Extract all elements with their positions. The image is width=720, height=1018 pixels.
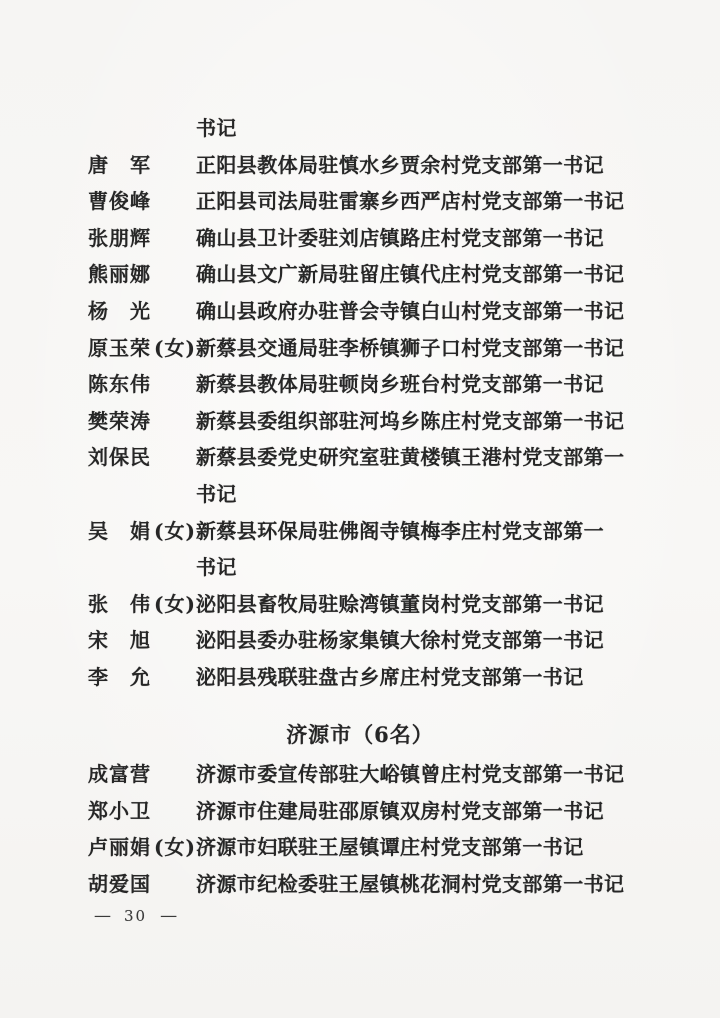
name-column: 陈东伟 [88, 366, 196, 403]
gender-suffix: (女) [154, 330, 196, 367]
page-footer: — 30 — [94, 906, 177, 926]
name-column: 成富营 [88, 756, 196, 793]
roster-row: 曹俊峰 正阳县司法局驻雷寨乡西严店村党支部第一书记 [88, 183, 632, 220]
position-title: 正阳县教体局驻慎水乡贾余村党支部第一书记 [196, 147, 632, 184]
person-name: 张 伟 [88, 586, 154, 623]
document-body: 书记 唐 军 正阳县教体局驻慎水乡贾余村党支部第一书记 曹俊峰 正阳县司法局驻雷… [88, 110, 632, 926]
roster-row: 卢丽娟 (女) 济源市妇联驻王屋镇谭庄村党支部第一书记 [88, 829, 632, 866]
name-column: 宋 旭 [88, 622, 196, 659]
roster-row: 原玉荣 (女) 新蔡县交通局驻李桥镇狮子口村党支部第一书记 [88, 330, 632, 367]
position-title: 济源市委宣传部驻大峪镇曾庄村党支部第一书记 [196, 756, 632, 793]
name-column: 樊荣涛 [88, 403, 196, 440]
person-name: 郑小卫 [88, 793, 154, 830]
position-title: 新蔡县委党史研究室驻黄楼镇王港村党支部第一 书记 [196, 439, 632, 512]
gender-suffix: (女) [154, 513, 196, 550]
name-column: 胡爱国 [88, 866, 196, 903]
person-name: 曹俊峰 [88, 183, 154, 220]
roster-row: 吴 娟 (女) 新蔡县环保局驻佛阁寺镇梅李庄村党支部第一 书记 [88, 513, 632, 586]
person-name: 胡爱国 [88, 866, 154, 903]
position-title: 济源市住建局驻邵原镇双房村党支部第一书记 [196, 793, 632, 830]
person-name: 卢丽娟 [88, 829, 154, 866]
person-name: 成富营 [88, 756, 154, 793]
person-name: 陈东伟 [88, 366, 154, 403]
position-title: 新蔡县环保局驻佛阁寺镇梅李庄村党支部第一 书记 [196, 513, 632, 586]
position-title: 新蔡县委组织部驻河坞乡陈庄村党支部第一书记 [196, 403, 632, 440]
name-column: 吴 娟 (女) [88, 513, 196, 550]
position-title: 济源市妇联驻王屋镇谭庄村党支部第一书记 [196, 829, 632, 866]
roster-row: 樊荣涛 新蔡县委组织部驻河坞乡陈庄村党支部第一书记 [88, 403, 632, 440]
gender-suffix: (女) [154, 586, 196, 623]
roster-row: 刘保民 新蔡县委党史研究室驻黄楼镇王港村党支部第一 书记 [88, 439, 632, 512]
section-header: 济源市（6名） [88, 717, 632, 754]
footer-dash-left: — [94, 906, 111, 926]
name-column: 刘保民 [88, 439, 196, 476]
position-title: 新蔡县交通局驻李桥镇狮子口村党支部第一书记 [196, 330, 632, 367]
roster-row: 张朋辉 确山县卫计委驻刘店镇路庄村党支部第一书记 [88, 220, 632, 257]
name-column: 李 允 [88, 659, 196, 696]
person-name: 樊荣涛 [88, 403, 154, 440]
person-name: 唐 军 [88, 147, 154, 184]
name-column: 郑小卫 [88, 793, 196, 830]
position-title: 济源市纪检委驻王屋镇桃花洞村党支部第一书记 [196, 866, 632, 903]
name-column: 原玉荣 (女) [88, 330, 196, 367]
roster-sections: 唐 军 正阳县教体局驻慎水乡贾余村党支部第一书记 曹俊峰 正阳县司法局驻雷寨乡西… [88, 147, 632, 903]
roster-row: 成富营 济源市委宣传部驻大峪镇曾庄村党支部第一书记 [88, 756, 632, 793]
person-name: 熊丽娜 [88, 256, 154, 293]
name-column: 张朋辉 [88, 220, 196, 257]
page-number: 30 [124, 907, 147, 925]
roster-section: 唐 军 正阳县教体局驻慎水乡贾余村党支部第一书记 曹俊峰 正阳县司法局驻雷寨乡西… [88, 147, 632, 696]
document-page: 书记 唐 军 正阳县教体局驻慎水乡贾余村党支部第一书记 曹俊峰 正阳县司法局驻雷… [0, 0, 720, 1018]
roster-rows: 成富营 济源市委宣传部驻大峪镇曾庄村党支部第一书记 郑小卫 济源市住建局驻邵原镇… [88, 756, 632, 902]
name-column: 杨 光 [88, 293, 196, 330]
name-column: 张 伟 (女) [88, 586, 196, 623]
roster-section: 济源市（6名） 成富营 济源市委宣传部驻大峪镇曾庄村党支部第一书记 郑小卫 济源… [88, 717, 632, 903]
footer-dash-right: — [160, 906, 177, 926]
position-title: 新蔡县教体局驻顿岗乡班台村党支部第一书记 [196, 366, 632, 403]
position-title: 泌阳县委办驻杨家集镇大徐村党支部第一书记 [196, 622, 632, 659]
roster-row: 张 伟 (女) 泌阳县畜牧局驻赊湾镇董岗村党支部第一书记 [88, 586, 632, 623]
name-column: 唐 军 [88, 147, 196, 184]
position-title: 正阳县司法局驻雷寨乡西严店村党支部第一书记 [196, 183, 632, 220]
person-name: 张朋辉 [88, 220, 154, 257]
continuation-line: 书记 [88, 110, 632, 147]
roster-row: 杨 光 确山县政府办驻普会寺镇白山村党支部第一书记 [88, 293, 632, 330]
name-column: 卢丽娟 (女) [88, 829, 196, 866]
position-title: 确山县文广新局驻留庄镇代庄村党支部第一书记 [196, 256, 632, 293]
person-name: 李 允 [88, 659, 154, 696]
position-title: 确山县政府办驻普会寺镇白山村党支部第一书记 [196, 293, 632, 330]
roster-row: 熊丽娜 确山县文广新局驻留庄镇代庄村党支部第一书记 [88, 256, 632, 293]
roster-row: 唐 军 正阳县教体局驻慎水乡贾余村党支部第一书记 [88, 147, 632, 184]
position-title: 确山县卫计委驻刘店镇路庄村党支部第一书记 [196, 220, 632, 257]
continuation-text: 书记 [196, 110, 632, 147]
roster-row: 陈东伟 新蔡县教体局驻顿岗乡班台村党支部第一书记 [88, 366, 632, 403]
person-name: 宋 旭 [88, 622, 154, 659]
person-name: 原玉荣 [88, 330, 154, 367]
person-name: 杨 光 [88, 293, 154, 330]
name-column: 熊丽娜 [88, 256, 196, 293]
position-title: 泌阳县畜牧局驻赊湾镇董岗村党支部第一书记 [196, 586, 632, 623]
roster-row: 宋 旭 泌阳县委办驻杨家集镇大徐村党支部第一书记 [88, 622, 632, 659]
person-name: 刘保民 [88, 439, 154, 476]
position-title: 泌阳县残联驻盘古乡席庄村党支部第一书记 [196, 659, 632, 696]
person-name: 吴 娟 [88, 513, 154, 550]
roster-row: 郑小卫 济源市住建局驻邵原镇双房村党支部第一书记 [88, 793, 632, 830]
gender-suffix: (女) [154, 829, 196, 866]
roster-rows: 唐 军 正阳县教体局驻慎水乡贾余村党支部第一书记 曹俊峰 正阳县司法局驻雷寨乡西… [88, 147, 632, 696]
roster-row: 李 允 泌阳县残联驻盘古乡席庄村党支部第一书记 [88, 659, 632, 696]
roster-row: 胡爱国 济源市纪检委驻王屋镇桃花洞村党支部第一书记 [88, 866, 632, 903]
name-column: 曹俊峰 [88, 183, 196, 220]
